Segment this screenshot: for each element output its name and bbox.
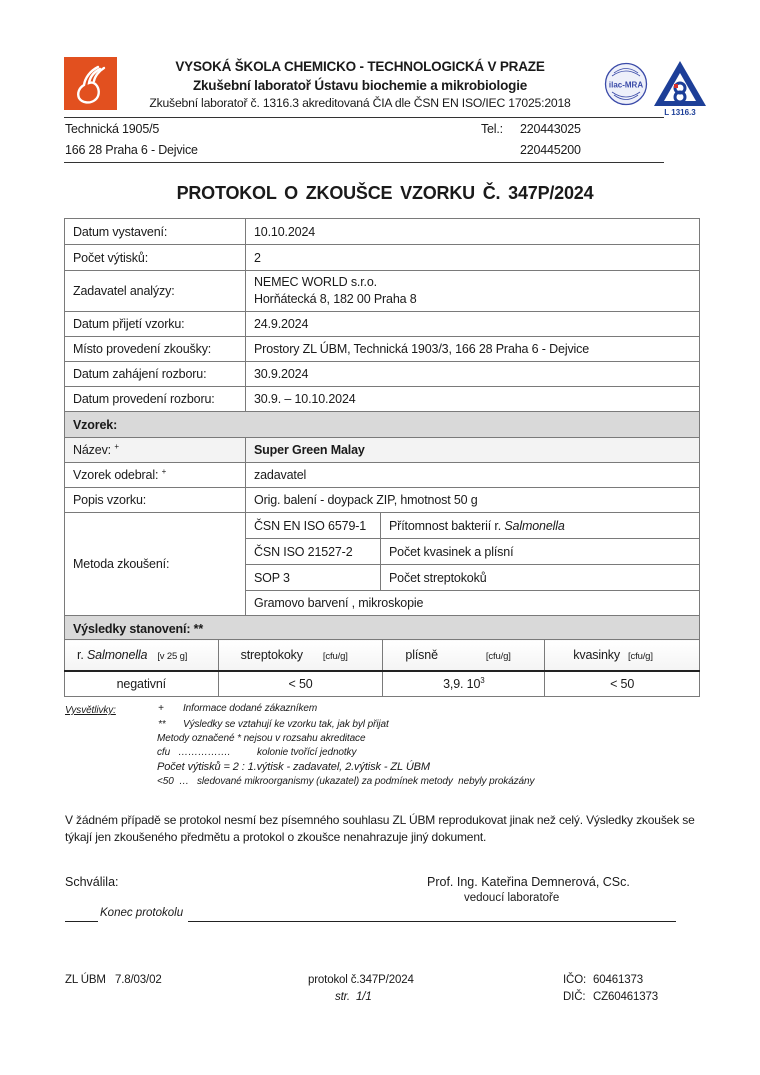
sample-name-value: Super Green Malay: [246, 438, 700, 463]
results-value-row: negativní < 50 3,9. 103 < 50: [65, 671, 700, 697]
description-value: Orig. balení - doypack ZIP, hmotnost 50 …: [246, 488, 700, 513]
method-standard: ČSN ISO 21527-2: [246, 539, 381, 565]
row-description: Popis vzorku: Orig. balení - doypack ZIP…: [65, 488, 700, 513]
doc-code: ZL ÚBM 7.8/03/02: [65, 974, 162, 986]
note-item: Počet výtisků = 2 : 1.výtisk - zadavatel…: [157, 761, 430, 773]
copies-label: Počet výtisků:: [65, 245, 246, 271]
result-salmonella: negativní: [65, 671, 219, 697]
end-line-left: [65, 921, 98, 922]
row-received: Datum přijetí vzorku: 24.9.2024: [65, 312, 700, 337]
sample-name-label: Název: +: [65, 438, 246, 463]
institution-name: VYSOKÁ ŠKOLA CHEMICKO - TECHNOLOGICKÁ V …: [120, 59, 600, 74]
svg-text:ilac-MRA: ilac-MRA: [609, 81, 643, 90]
start-label: Datum zahájení rozboru:: [65, 362, 246, 387]
ilac-mra-logo: ilac-MRA: [604, 62, 648, 106]
method-description: Počet streptokoků: [381, 565, 700, 591]
end-line-right: [188, 921, 676, 922]
issue-date-value: 10.10.2024: [246, 219, 700, 245]
sample-section-heading: Vzorek:: [65, 412, 700, 438]
note-item: <50 … sledované mikroorganismy (ukazatel…: [157, 776, 534, 787]
row-client: Zadavatel analýzy: NEMEC WORLD s.r.o. Ho…: [65, 271, 700, 312]
ico-label: IČO:: [563, 974, 586, 986]
results-table: r. Salmonella[v 25 g] streptokoky[cfu/g]…: [64, 639, 700, 697]
result-streptococci: < 50: [218, 671, 383, 697]
dic-label: DIČ:: [563, 991, 585, 1003]
results-col-streptococci: streptokoky[cfu/g]: [218, 640, 383, 671]
taken-by-value: zadavatel: [246, 463, 700, 488]
note-item: cfu ……………. kolonie tvořící jednotky: [157, 747, 356, 758]
tel-number-2: 220445200: [520, 143, 581, 157]
cia-triangle-icon: L 1316.3: [651, 59, 709, 117]
received-label: Datum přijetí vzorku:: [65, 312, 246, 337]
method-standard: ČSN EN ISO 6579-1: [246, 513, 381, 539]
client-value: NEMEC WORLD s.r.o. Horňátecká 8, 182 00 …: [246, 271, 700, 312]
results-col-molds: plísně[cfu/g]: [383, 640, 545, 671]
results-header-row: r. Salmonella[v 25 g] streptokoky[cfu/g]…: [65, 640, 700, 671]
method-extra: Gramovo barvení , mikroskopie: [246, 591, 700, 616]
start-value: 30.9.2024: [246, 362, 700, 387]
row-sample-name: Název: + Super Green Malay: [65, 438, 700, 463]
section-results: Výsledky stanovení: **: [65, 616, 700, 642]
copies-value: 2: [246, 245, 700, 271]
method-description: Počet kvasinek a plísní: [381, 539, 700, 565]
row-taken-by: Vzorek odebral: + zadavatel: [65, 463, 700, 488]
performed-label: Datum provedení rozboru:: [65, 387, 246, 412]
approver-name: Prof. Ing. Kateřina Demnerová, CSc.: [427, 875, 630, 889]
footer-protocol: protokol č.347P/2024: [308, 974, 414, 986]
performed-value: 30.9. – 10.10.2024: [246, 387, 700, 412]
place-value: Prostory ZL ÚBM, Technická 1903/3, 166 2…: [246, 337, 700, 362]
client-name: NEMEC WORLD s.r.o.: [254, 274, 691, 291]
methods-label: Metoda zkoušení:: [65, 513, 246, 616]
dic-value: CZ60461373: [593, 991, 658, 1003]
note-item: **Výsledky se vztahují ke vzorku tak, ja…: [158, 719, 389, 730]
cia-accreditation-logo: L 1316.3: [651, 59, 709, 117]
note-item: +Informace dodané zákazníkem: [158, 703, 317, 714]
client-address: Horňátecká 8, 182 00 Praha 8: [254, 291, 691, 308]
vscht-logo: [64, 57, 117, 110]
ico-value: 60461373: [593, 974, 643, 986]
address-line1: Technická 1905/5: [65, 122, 159, 136]
page-number: str. 1/1: [335, 991, 372, 1003]
disclaimer-text: V žádném případě se protokol nesmí bez p…: [65, 812, 695, 846]
header-divider-top: [64, 117, 664, 118]
end-of-protocol: Konec protokolu: [100, 907, 183, 919]
address-line2: 166 28 Praha 6 - Dejvice: [65, 143, 198, 157]
lab-name: Zkušební laboratoř Ústavu biochemie a mi…: [120, 78, 600, 93]
method-description: Přítomnost bakterií r. Salmonella: [381, 513, 700, 539]
customer-info-mark: +: [114, 442, 119, 451]
received-value: 24.9.2024: [246, 312, 700, 337]
results-section-heading: Výsledky stanovení: **: [65, 616, 700, 642]
vscht-logo-icon: [64, 57, 117, 110]
row-method-1: Metoda zkoušení: ČSN EN ISO 6579-1 Příto…: [65, 513, 700, 539]
results-col-yeasts: kvasinky[cfu/g]: [545, 640, 700, 671]
description-label: Popis vzorku:: [65, 488, 246, 513]
note-item: Metody označené * nejsou v rozsahu akred…: [157, 733, 365, 744]
svg-text:L 1316.3: L 1316.3: [664, 108, 696, 117]
client-label: Zadavatel analýzy:: [65, 271, 246, 312]
header-divider-bottom: [64, 162, 664, 163]
section-sample: Vzorek:: [65, 412, 700, 438]
ilac-mra-icon: ilac-MRA: [604, 62, 648, 106]
protocol-title: PROTOKOL O ZKOUŠCE VZORKU Č. 347P/2024: [60, 183, 710, 204]
results-col-salmonella: r. Salmonella[v 25 g]: [65, 640, 219, 671]
issue-date-label: Datum vystavení:: [65, 219, 246, 245]
customer-info-mark: +: [162, 467, 167, 476]
place-label: Místo provedení zkoušky:: [65, 337, 246, 362]
approver-role: vedoucí laboratoře: [464, 892, 559, 904]
row-copies: Počet výtisků: 2: [65, 245, 700, 271]
accreditation-text: Zkušební laboratoř č. 1316.3 akreditovan…: [120, 96, 600, 110]
protocol-info-table: Datum vystavení: 10.10.2024 Počet výtisk…: [64, 218, 700, 642]
result-molds: 3,9. 103: [383, 671, 545, 697]
tel-label: Tel.:: [481, 122, 503, 136]
row-issue-date: Datum vystavení: 10.10.2024: [65, 219, 700, 245]
taken-by-label: Vzorek odebral: +: [65, 463, 246, 488]
result-yeasts: < 50: [545, 671, 700, 697]
approved-label: Schválila:: [65, 875, 119, 889]
method-standard: SOP 3: [246, 565, 381, 591]
tel-number-1: 220443025: [520, 122, 581, 136]
row-start: Datum zahájení rozboru: 30.9.2024: [65, 362, 700, 387]
row-performed: Datum provedení rozboru: 30.9. – 10.10.2…: [65, 387, 700, 412]
notes-label: Vysvětlivky:: [65, 705, 116, 716]
row-place: Místo provedení zkoušky: Prostory ZL ÚBM…: [65, 337, 700, 362]
